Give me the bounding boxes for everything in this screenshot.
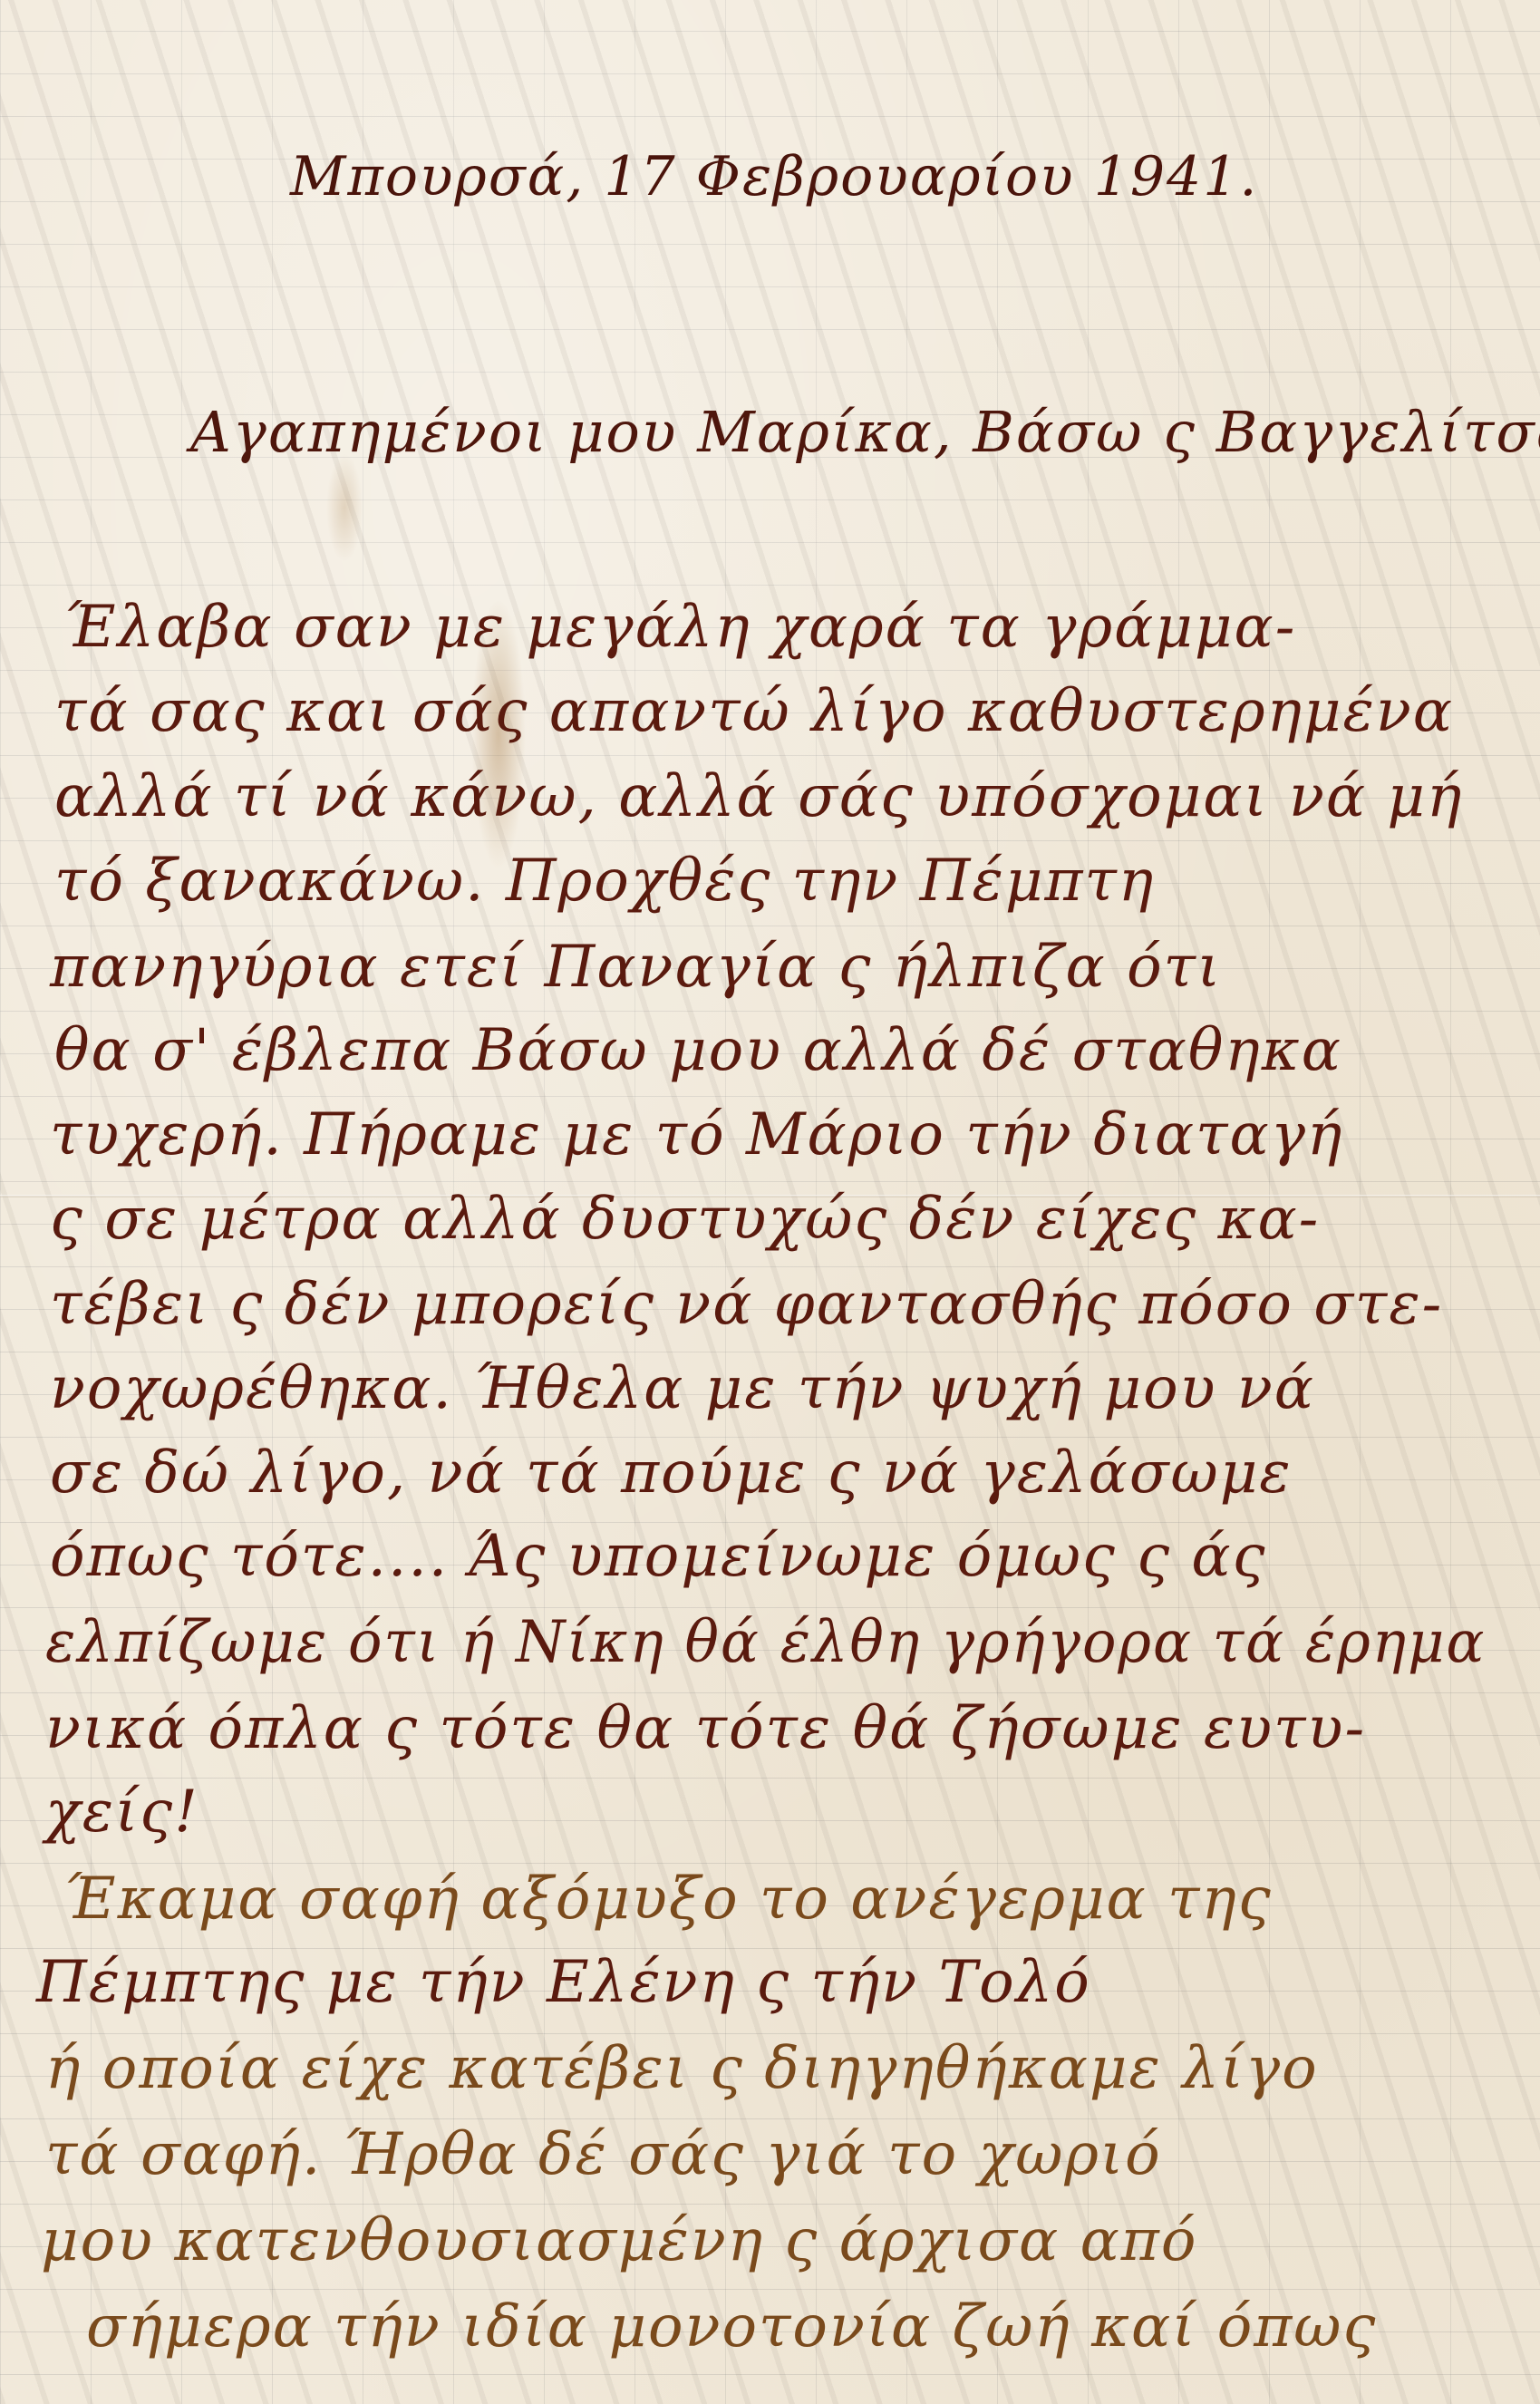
body-line: πανηγύρια ετεί Παναγία ς ήλπιζα ότι xyxy=(50,934,1222,1001)
body-line: σήμερα τήν ιδία μονοτονία ζωή καί όπως xyxy=(86,2293,1377,2360)
body-line: τό ξανακάνω. Προχθές την Πέμπτη xyxy=(54,848,1155,915)
salutation: Αγαπημένοι μου Μαρίκα, Βάσω ς Βαγγελίτσα… xyxy=(190,399,1540,465)
body-line: νικά όπλα ς τότε θα τότε θά ζήσωμε ευτυ- xyxy=(45,1695,1366,1762)
body-line: θα σ' έβλεπα Βάσω μου αλλά δέ σταθηκα xyxy=(54,1017,1342,1084)
body-line: χείς! xyxy=(45,1779,199,1846)
body-line: τέβει ς δέν μπορείς νά φαντασθής πόσο στ… xyxy=(50,1271,1443,1338)
body-line: ελπίζωμε ότι ή Νίκη θά έλθη γρήγορα τά έ… xyxy=(45,1609,1486,1676)
body-line: ή οποία είχε κατέβει ς διηγηθήκαμε λίγο xyxy=(45,2035,1319,2102)
body-line: όπως τότε.... Άς υπομείνωμε όμως ς άς xyxy=(50,1523,1266,1590)
letter-page: Μπουρσά, 17 Φεβρουαρίου 1941. Αγαπημένοι… xyxy=(0,0,1540,2404)
body-line: αλλά τί νά κάνω, αλλά σάς υπόσχομαι νά μ… xyxy=(54,763,1463,830)
body-line: μου κατενθουσιασμένη ς άρχισα από xyxy=(41,2207,1197,2274)
dateline: Μπουρσά, 17 Φεβρουαρίου 1941. xyxy=(290,145,1258,208)
body-line: τυχερή. Πήραμε με τό Μάριο τήν διαταγή xyxy=(50,1101,1343,1168)
body-line: τά σαφή. Ήρθα δέ σάς γιά το χωριό xyxy=(45,2121,1162,2188)
ink-stain xyxy=(326,453,363,562)
body-line: Έκαμα σαφή αξόμυξο το ανέγερμα της xyxy=(63,1866,1273,1933)
body-line: Έλαβα σαν με μεγάλη χαρά τα γράμμα- xyxy=(63,594,1296,661)
body-line: Πέμπτης με τήν Ελένη ς τήν Τολό xyxy=(36,1949,1091,2016)
body-line: τά σας και σάς απαντώ λίγο καθυστερημένα xyxy=(54,678,1454,745)
body-line: νοχωρέθηκα. Ήθελα με τήν ψυχή μου νά xyxy=(50,1355,1315,1422)
body-line: ς σε μέτρα αλλά δυστυχώς δέν είχες κα- xyxy=(50,1186,1320,1253)
body-line: σε δώ λίγο, νά τά πούμε ς νά γελάσωμε xyxy=(50,1439,1293,1507)
